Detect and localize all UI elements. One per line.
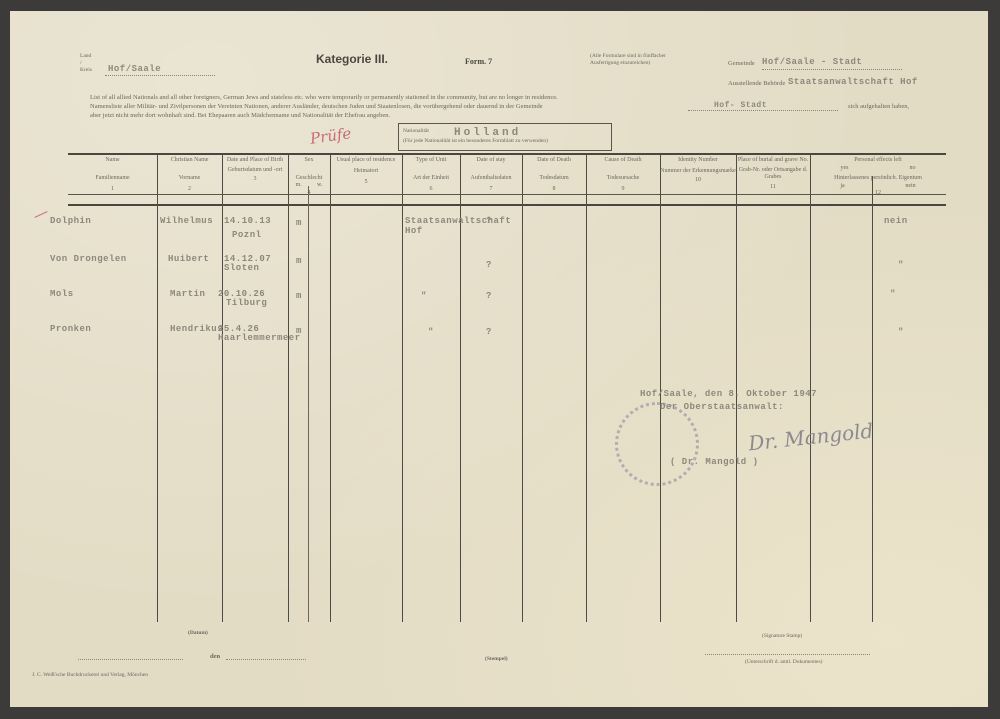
- official-stamp: [615, 402, 699, 486]
- form-number: Form. 7: [465, 57, 492, 66]
- nationality-note: (Für jede Nationalität ist ein besondere…: [403, 138, 548, 145]
- date-label: (Datum): [188, 630, 208, 637]
- copies-note: (Alle Formulare sind in fünffacher Ausfe…: [590, 53, 690, 67]
- intro-gemeinde-line: [688, 110, 838, 111]
- gemeinde-label: Gemeinde: [728, 60, 755, 68]
- cell-stay: ?: [486, 216, 492, 226]
- pencil-mark: [34, 211, 47, 218]
- col-header-11: Place of burial and grave No. Grab-Nr. o…: [736, 157, 810, 191]
- cell-birth-date: 14.10.13: [224, 216, 271, 226]
- cell-christian-name: Wilhelmus: [160, 216, 213, 226]
- cell-effects: ": [890, 289, 896, 299]
- behoerde-label: Ausstellende Behörde: [728, 80, 785, 88]
- cell-name: Pronken: [50, 324, 91, 334]
- col-header-1: Name Familienname 1: [68, 157, 157, 194]
- cell-stay: ?: [486, 260, 492, 270]
- cell-sex: m: [296, 218, 302, 228]
- cell-birth-place: Haarlemmermeer: [218, 333, 301, 343]
- document-page: Land / Kreis Hof/Saale Kategorie III. Fo…: [10, 11, 988, 707]
- col-header-12: Personal effects left yesno Hinterlassen…: [810, 157, 946, 198]
- cell-sex: m: [296, 256, 302, 266]
- intro-german-1: Namensliste aller Militär- und Zivilpers…: [90, 103, 543, 111]
- col-header-3: Date and Place of Birth Geburtsdatum und…: [222, 157, 288, 184]
- cell-name: Dolphin: [50, 216, 91, 226]
- cell-stay: ?: [486, 291, 492, 301]
- cell-stay: ?: [486, 327, 492, 337]
- gemeinde-line: [762, 69, 902, 70]
- signature-label: (Unterschrift d. amtl. Dokumentes): [745, 659, 822, 666]
- table-header-bottom: [68, 204, 946, 206]
- col-divider-4-sub: [308, 186, 309, 622]
- cell-unit: ": [421, 291, 427, 301]
- table-top-border: [68, 153, 946, 155]
- col-header-6: Type of Unit Art der Einheit 6: [402, 157, 460, 194]
- land-kreis-line: [105, 75, 215, 76]
- col-header-2: Christian Name Vorname 2: [157, 157, 222, 194]
- den-date-line: [226, 659, 306, 660]
- gemeinde-value: Hof/Saale - Stadt: [762, 57, 862, 67]
- page-title: Kategorie III.: [316, 52, 388, 66]
- cell-effects: ": [898, 260, 904, 270]
- cell-christian-name: Martin: [170, 289, 205, 299]
- land-kreis-label: Land / Kreis: [70, 53, 90, 73]
- office-title: Der Oberstaatsanwalt:: [660, 402, 784, 412]
- col-header-9: Cause of Death Todesursache 9: [586, 157, 660, 194]
- stamp-label: (Stempel): [485, 656, 508, 663]
- printer-imprint: J. C. Weiß'sche Buchdruckerei und Verlag…: [32, 672, 148, 679]
- nationality-box: Nationalität Holland (Für jede Nationali…: [398, 123, 612, 151]
- intro-english: List of all allied Nationals and all oth…: [90, 94, 990, 102]
- pencil-annotation: Prüfe: [309, 124, 352, 148]
- table-row: Dolphin Wilhelmus 14.10.13 Poznl m Staat…: [10, 216, 988, 246]
- col-header-5: Usual place of residence Heimatort 5: [330, 157, 402, 187]
- typed-name: ( Dr. Mangold ): [670, 457, 759, 467]
- cell-unit: ": [428, 327, 434, 337]
- behoerde-value: Staatsanwaltschaft Hof: [788, 77, 918, 87]
- cell-effects: nein: [884, 216, 908, 226]
- cell-name: Mols: [50, 289, 74, 299]
- cell-christian-name: Hendrikus: [170, 324, 223, 334]
- col-header-7: Date of stay Aufenthaltsdaten 7: [460, 157, 522, 194]
- intro-german-2: aber jetzt nicht mehr dort wohnhaft sind…: [90, 112, 390, 120]
- cell-effects: ": [898, 327, 904, 337]
- nationality-label: Nationalität: [403, 128, 429, 135]
- table-row: Mols Martin 20.10.26 Tilburg m " ? ": [10, 289, 988, 319]
- cell-birth-place: Poznl: [232, 230, 262, 240]
- col-header-10: Identity Number Nummer der Erkennungsmar…: [660, 157, 736, 185]
- intro-german-1-end: sich aufgehalten haben,: [848, 103, 909, 111]
- cell-unit: Staatsanwaltschaft Hof: [405, 216, 465, 236]
- place-line: [78, 659, 183, 660]
- den-label: den: [210, 653, 220, 661]
- cell-christian-name: Huibert: [168, 254, 209, 264]
- place-date: Hof/Saale, den 8. Oktober 1947: [640, 389, 817, 399]
- signature-stamp-label: (Signature Stamp): [762, 633, 802, 640]
- cell-sex: m: [296, 326, 302, 336]
- col-header-4: Sex Geschlecht m.w. 4: [288, 157, 330, 197]
- col-header-8: Date of Death Todesdatum 8: [522, 157, 586, 194]
- cell-birth-place: Tilburg: [226, 298, 267, 308]
- cell-birth-place: Sloten: [224, 263, 259, 273]
- table-row: Von Drongelen Huibert 14.12.07 Sloten m …: [10, 254, 988, 284]
- table-row: Pronken Hendrikus 25.4.26 Haarlemmermeer…: [10, 324, 988, 354]
- land-kreis-value: Hof/Saale: [108, 64, 161, 74]
- intro-gemeinde-value: Hof- Stadt: [714, 101, 767, 110]
- cell-name: Von Drongelen: [50, 254, 127, 264]
- cell-sex: m: [296, 291, 302, 301]
- signature-line: [705, 654, 870, 655]
